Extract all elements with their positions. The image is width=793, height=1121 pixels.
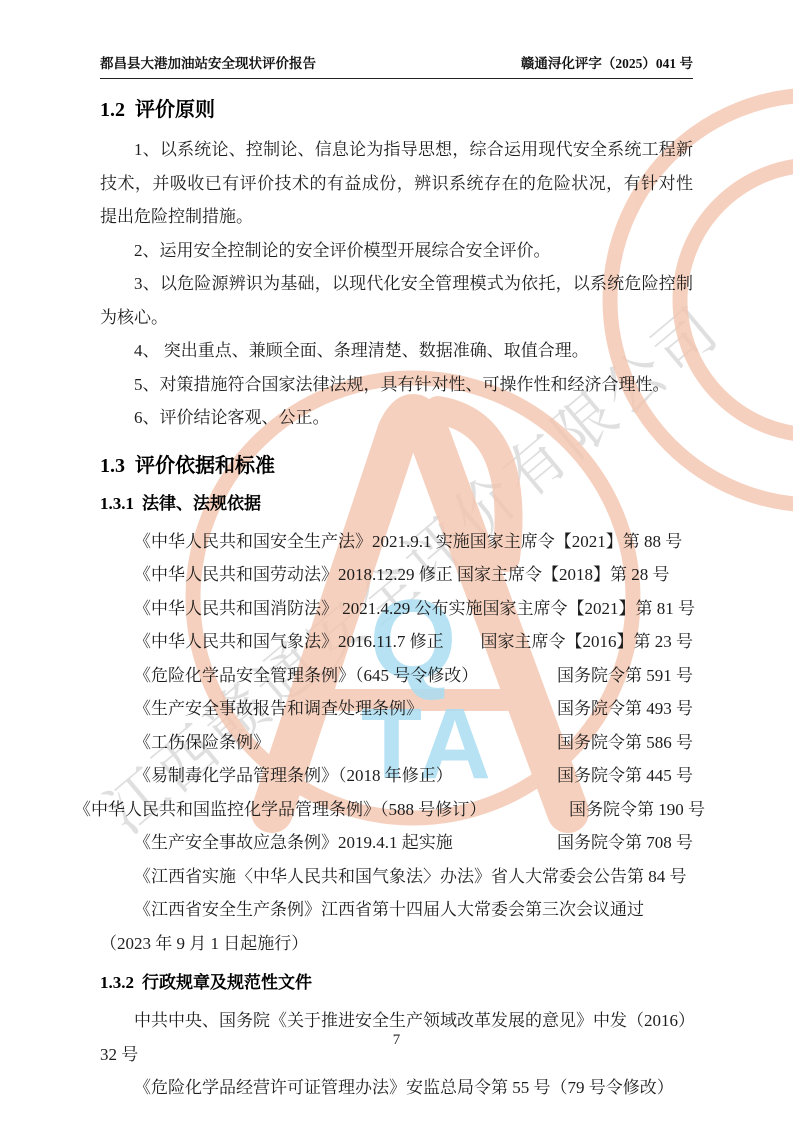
section-1-3-2-heading: 1.3.2行政规章及规范性文件 — [100, 968, 693, 998]
law-row: 《江西省实施〈中华人民共和国气象法〉办法》省人大常委会公告第 84 号 — [100, 860, 693, 894]
law-row: 《中华人民共和国消防法》 2021.4.29 公布实施国家主席令【2021】第 … — [100, 592, 693, 626]
law-title: 《中华人民共和国劳动法》2018.12.29 修正 国家主席令【2018】第 2… — [100, 558, 670, 592]
principles-list: 1、以系统论、控制论、信息论为指导思想，综合运用现代安全系统工程新技术，并吸收已… — [100, 133, 693, 435]
law-row: 《江西省安全生产条例》江西省第十四届人大常委会第三次会议通过 — [100, 893, 693, 927]
law-title: 《工伤保险条例》 — [100, 726, 270, 760]
section-1-3-2-title: 行政规章及规范性文件 — [142, 973, 312, 992]
law-title: 《中华人民共和国安全生产法》2021.9.1 实施国家主席令【2021】第 88… — [100, 525, 682, 559]
header-report-title: 都昌县大港加油站安全现状评价报告 — [100, 52, 316, 72]
law-row: 《中华人民共和国劳动法》2018.12.29 修正 国家主席令【2018】第 2… — [100, 558, 693, 592]
law-title: 《危险化学品安全管理条例》（645 号令修改） — [100, 659, 478, 693]
principle-item: 3、以危险源辨识为基础，以现代化安全管理模式为依托，以系统危险控制为核心。 — [100, 267, 693, 334]
page-number: 7 — [0, 1032, 793, 1049]
section-1-3-1-title: 法律、法规依据 — [142, 494, 261, 513]
law-decree-number: 国务院令第 591 号 — [557, 659, 693, 693]
law-decree-number: 国务院令第 190 号 — [569, 793, 705, 827]
law-title: 《生产安全事故报告和调查处理条例》 — [100, 692, 423, 726]
law-title: （2023 年 9 月 1 日起施行） — [100, 927, 308, 961]
law-title: 《生产安全事故应急条例》2019.4.1 起实施 — [100, 826, 453, 860]
law-row: 《危险化学品安全管理条例》（645 号令修改）国务院令第 591 号 — [100, 659, 693, 693]
report-page: 江西赣通安全评价有限公司 Q TA 都昌县大港加油站安全现状评价报告 赣通浔化评… — [0, 0, 793, 1121]
law-decree-number: 国务院令第 493 号 — [557, 692, 693, 726]
law-row: （2023 年 9 月 1 日起施行） — [100, 927, 693, 961]
law-title: 《江西省安全生产条例》江西省第十四届人大常委会第三次会议通过 — [100, 893, 644, 927]
law-row: 《中华人民共和国监控化学品管理条例》（588 号修订）国务院令第 190 号 — [74, 793, 705, 827]
section-1-2-title: 评价原则 — [135, 99, 215, 121]
document-body: 都昌县大港加油站安全现状评价报告 赣通浔化评字（2025）041 号 1.2评价… — [0, 0, 793, 1105]
law-title: 《中华人民共和国监控化学品管理条例》（588 号修订） — [74, 793, 486, 827]
law-decree-number: 国务院令第 445 号 — [557, 759, 693, 793]
law-decree-number: 国家主席令【2016】第 23 号 — [481, 625, 694, 659]
header-document-number: 赣通浔化评字（2025）041 号 — [521, 52, 693, 72]
principle-item: 5、对策措施符合国家法律法规，具有针对性、可操作性和经济合理性。 — [100, 368, 693, 402]
law-title: 《江西省实施〈中华人民共和国气象法〉办法》省人大常委会公告第 84 号 — [100, 860, 687, 894]
law-row: 《生产安全事故报告和调查处理条例》国务院令第 493 号 — [100, 692, 693, 726]
law-title: 《易制毒化学品管理条例》（2018 年修正） — [100, 759, 453, 793]
law-row: 《中华人民共和国安全生产法》2021.9.1 实施国家主席令【2021】第 88… — [100, 525, 693, 559]
regulations-list: 中共中央、国务院《关于推进安全生产领域改革发展的意见》中发（2016）32 号《… — [100, 1004, 693, 1105]
law-decree-number: 国务院令第 586 号 — [557, 726, 693, 760]
section-1-3-2-number: 1.3.2 — [100, 973, 134, 992]
page-header: 都昌县大港加油站安全现状评价报告 赣通浔化评字（2025）041 号 — [100, 52, 693, 79]
principle-item: 4、 突出重点、兼顾全面、条理清楚、数据准确、取值合理。 — [100, 334, 693, 368]
section-1-3-number: 1.3 — [100, 455, 125, 477]
regulation-line: 《危险化学品经营许可证管理办法》安监总局令第 55 号（79 号令修改） — [100, 1071, 693, 1105]
principle-item: 1、以系统论、控制论、信息论为指导思想，综合运用现代安全系统工程新技术，并吸收已… — [100, 133, 693, 234]
section-1-3-title: 评价依据和标准 — [135, 455, 275, 477]
law-title: 《中华人民共和国气象法》2016.11.7 修正 — [100, 625, 444, 659]
law-decree-number: 国务院令第 708 号 — [557, 826, 693, 860]
law-row: 《生产安全事故应急条例》2019.4.1 起实施国务院令第 708 号 — [100, 826, 693, 860]
law-title: 《中华人民共和国消防法》 2021.4.29 公布实施 — [100, 592, 483, 626]
laws-list: 《中华人民共和国安全生产法》2021.9.1 实施国家主席令【2021】第 88… — [100, 525, 693, 961]
section-1-3-1-heading: 1.3.1法律、法规依据 — [100, 489, 693, 519]
section-1-3-heading: 1.3评价依据和标准 — [100, 451, 693, 481]
law-row: 《中华人民共和国气象法》2016.11.7 修正国家主席令【2016】第 23 … — [100, 625, 693, 659]
section-1-2-number: 1.2 — [100, 99, 125, 121]
section-1-2-heading: 1.2评价原则 — [100, 95, 693, 125]
law-decree-number: 国家主席令【2021】第 81 号 — [483, 592, 696, 626]
principle-item: 2、运用安全控制论的安全评价模型开展综合安全评价。 — [100, 234, 693, 268]
section-1-3-1-number: 1.3.1 — [100, 494, 134, 513]
law-row: 《易制毒化学品管理条例》（2018 年修正）国务院令第 445 号 — [100, 759, 693, 793]
principle-item: 6、评价结论客观、公正。 — [100, 401, 693, 435]
law-row: 《工伤保险条例》国务院令第 586 号 — [100, 726, 693, 760]
